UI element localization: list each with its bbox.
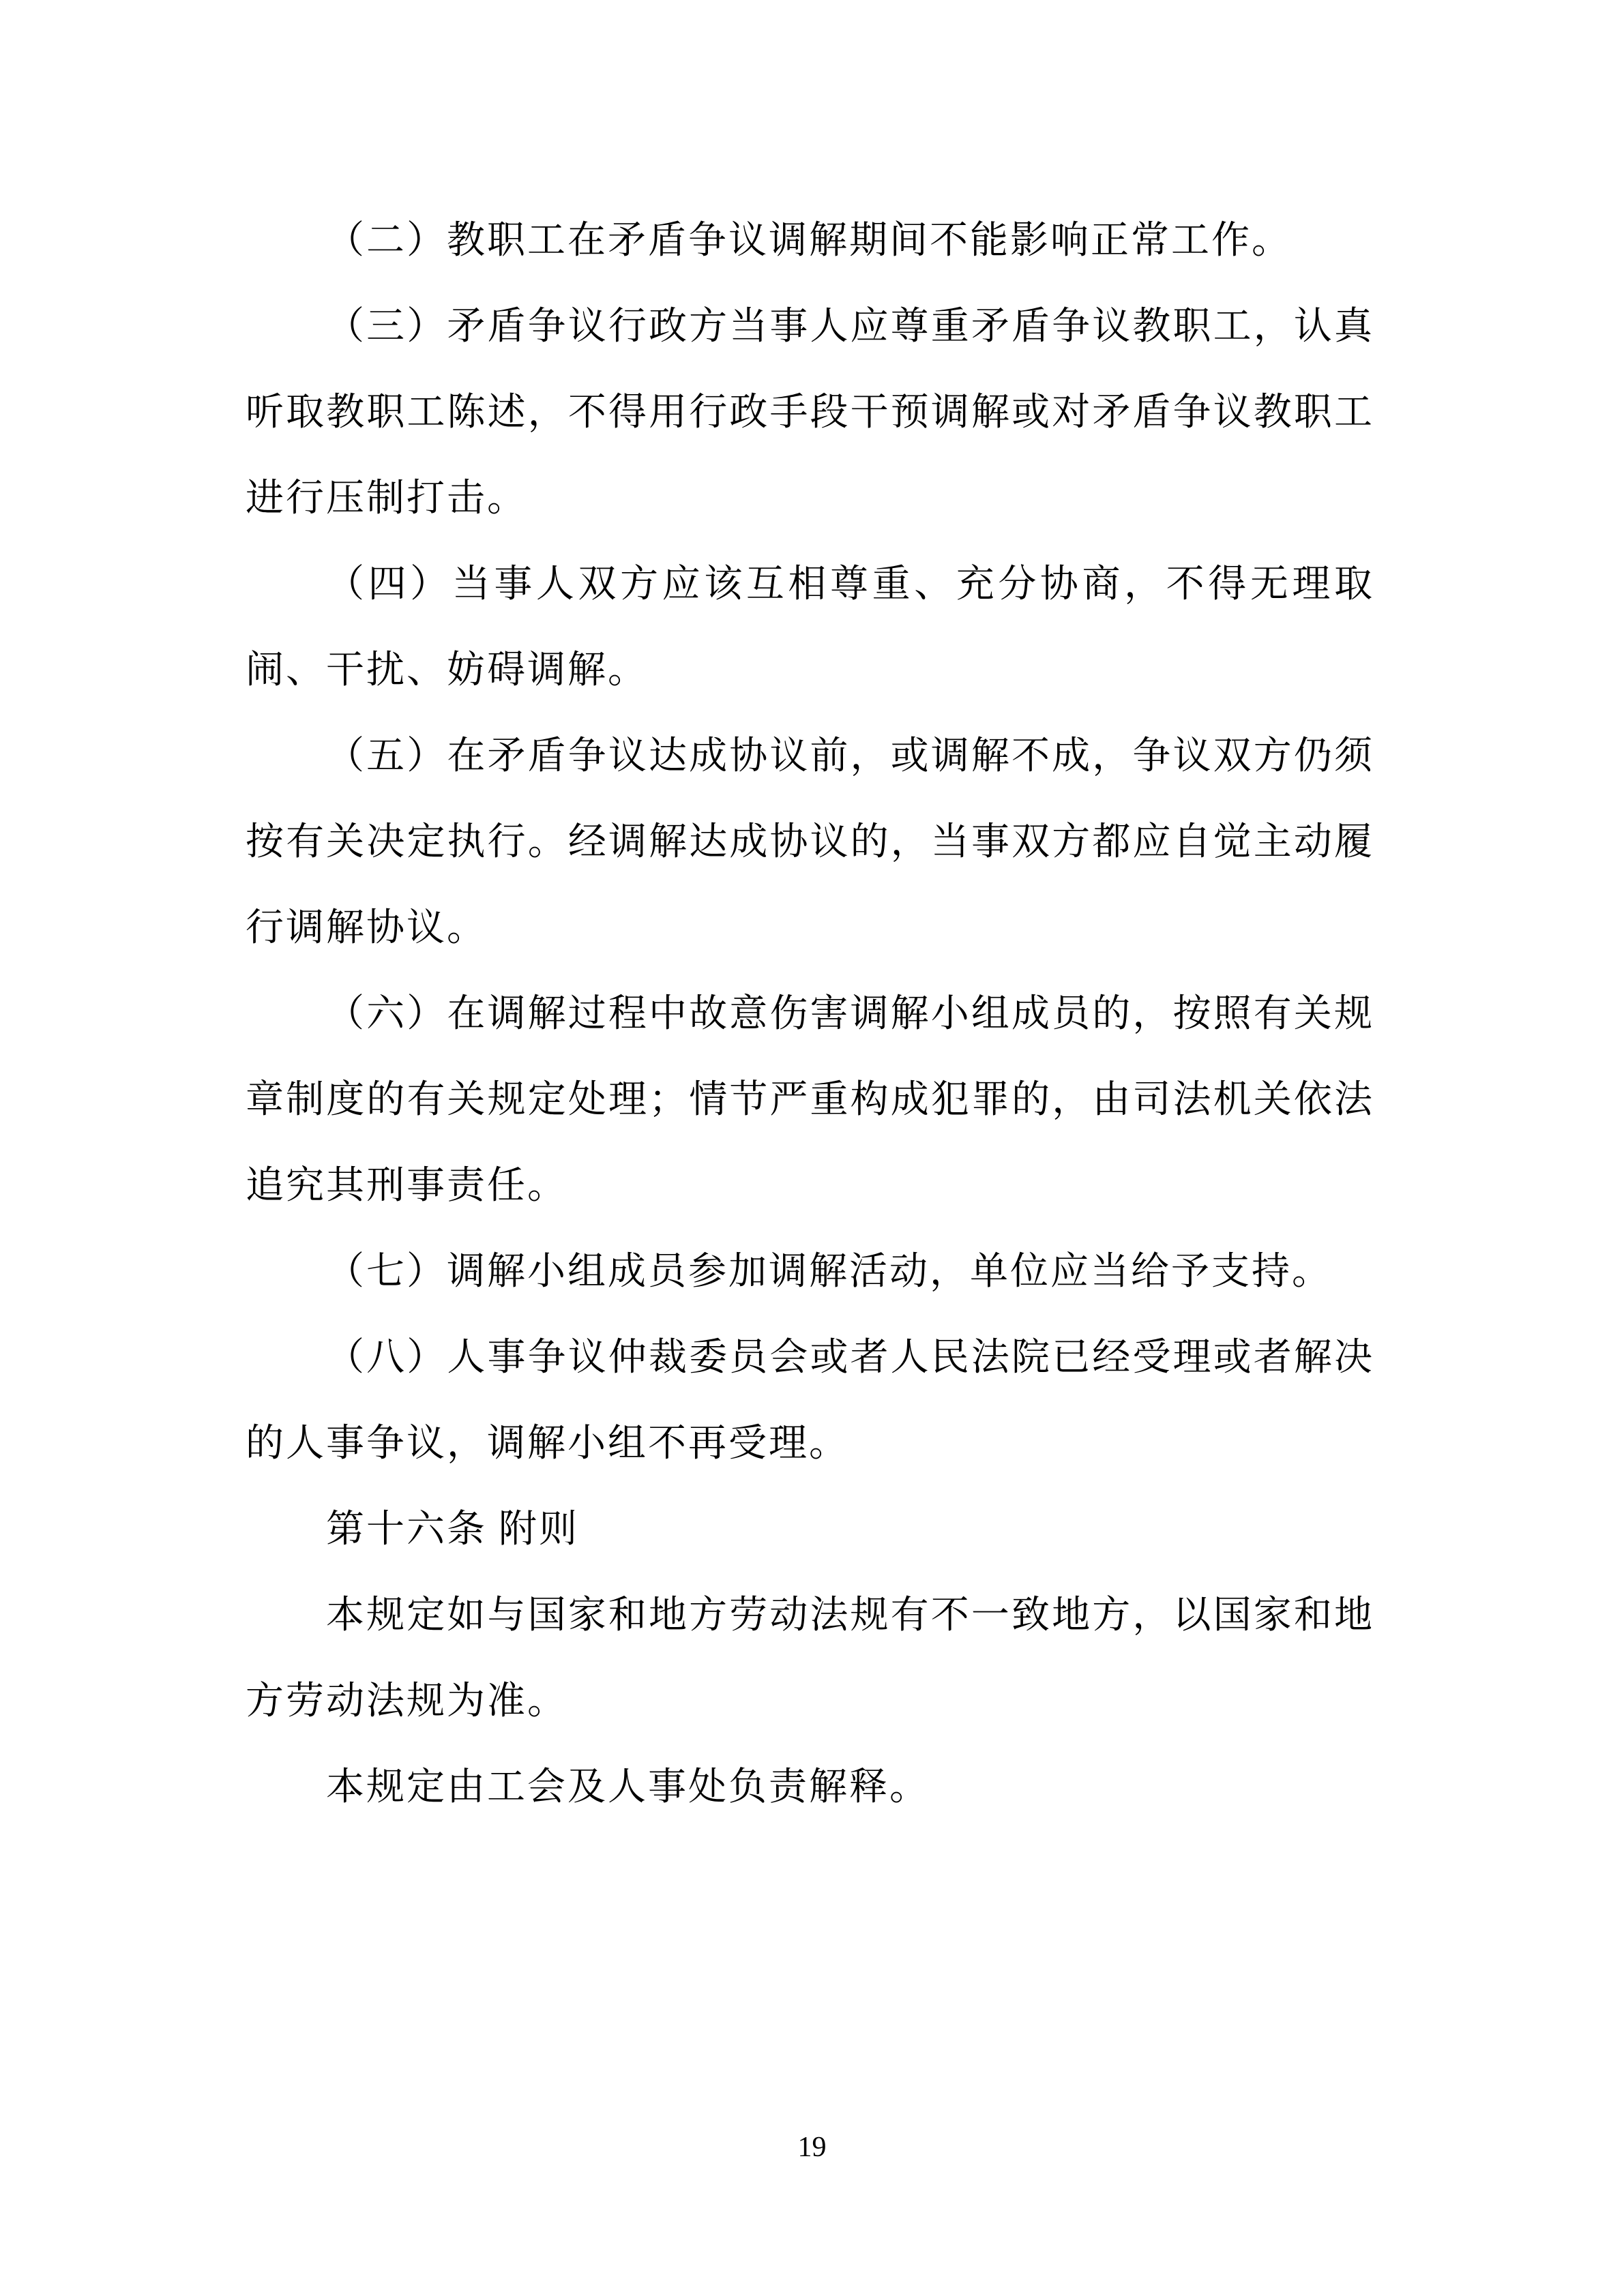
document-page: （二）教职工在矛盾争议调解期间不能影响正常工作。 （三）矛盾争议行政方当事人应尊… (0, 0, 1624, 2296)
paragraph-clause-2: （二）教职工在矛盾争议调解期间不能影响正常工作。 (246, 198, 1374, 284)
paragraph-clause-7: （七）调解小组成员参加调解活动，单位应当给予支持。 (246, 1229, 1374, 1315)
paragraph-clause-6: （六）在调解过程中故意伤害调解小组成员的，按照有关规章制度的有关规定处理；情节严… (246, 971, 1374, 1229)
paragraph-clause-4: （四）当事人双方应该互相尊重、充分协商，不得无理取闹、干扰、妨碍调解。 (246, 541, 1374, 713)
page-number: 19 (0, 2131, 1624, 2164)
paragraph-clause-8: （八）人事争议仲裁委员会或者人民法院已经受理或者解决的人事争议，调解小组不再受理… (246, 1315, 1374, 1487)
closing-paragraph-interpretation: 本规定由工会及人事处负责解释。 (246, 1744, 1374, 1830)
document-body: （二）教职工在矛盾争议调解期间不能影响正常工作。 （三）矛盾争议行政方当事人应尊… (246, 198, 1374, 1830)
closing-paragraph-scope: 本规定如与国家和地方劳动法规有不一致地方，以国家和地方劳动法规为准。 (246, 1572, 1374, 1744)
paragraph-clause-3: （三）矛盾争议行政方当事人应尊重矛盾争议教职工，认真听取教职工陈述，不得用行政手… (246, 284, 1374, 541)
article-16-heading: 第十六条 附则 (246, 1487, 1374, 1572)
paragraph-clause-5: （五）在矛盾争议达成协议前，或调解不成，争议双方仍须按有关决定执行。经调解达成协… (246, 713, 1374, 971)
